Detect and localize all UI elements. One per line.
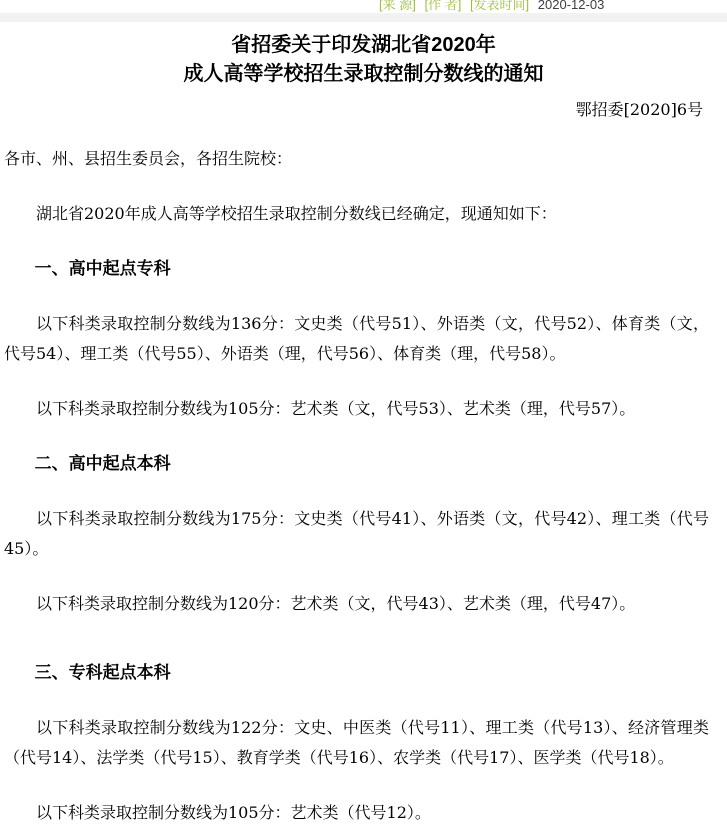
document-section: 二、高中起点本科 以下科类录取控制分数线为175分：文史类（代号41）、外语类（… xyxy=(0,449,727,619)
document-title-line2: 成人高等学校招生录取控制分数线的通知 xyxy=(0,60,727,89)
section-heading: 三、专科起点本科 xyxy=(0,658,727,688)
notice-page: { "meta": { "source_label": "[来 源]", "au… xyxy=(0,0,727,825)
body-paragraph: 以下科类录取控制分数线为122分：文史、中医类（代号11）、理工类（代号13）、… xyxy=(0,713,727,773)
intro-paragraph: 湖北省2020年成人高等学校招生录取控制分数线已经确定，现通知如下： xyxy=(0,199,727,229)
notice-document: 省招委关于印发湖北省2020年 成人高等学校招生录取控制分数线的通知 鄂招委[2… xyxy=(0,0,727,825)
body-paragraph: 以下科类录取控制分数线为120分：艺术类（文，代号43）、艺术类（理，代号47）… xyxy=(0,589,727,619)
section-heading: 二、高中起点本科 xyxy=(0,449,727,479)
document-title: 省招委关于印发湖北省2020年 成人高等学校招生录取控制分数线的通知 xyxy=(0,31,727,89)
body-paragraph: 以下科类录取控制分数线为175分：文史类（代号41）、外语类（文，代号42）、理… xyxy=(0,504,727,564)
body-paragraph: 以下科类录取控制分数线为105分：艺术类（代号12）。 xyxy=(0,798,727,825)
document-number: 鄂招委[2020]6号 xyxy=(0,95,727,125)
document-section: 一、高中起点专科 以下科类录取控制分数线为136分：文史类（代号51）、外语类（… xyxy=(0,254,727,424)
document-section: 三、专科起点本科 以下科类录取控制分数线为122分：文史、中医类（代号11）、理… xyxy=(0,658,727,825)
salutation: 各市、州、县招生委员会，各招生院校： xyxy=(0,144,727,174)
section-heading: 一、高中起点专科 xyxy=(0,254,727,284)
document-title-line1: 省招委关于印发湖北省2020年 xyxy=(0,31,727,60)
body-paragraph: 以下科类录取控制分数线为105分：艺术类（文，代号53）、艺术类（理，代号57）… xyxy=(0,394,727,424)
body-paragraph: 以下科类录取控制分数线为136分：文史类（代号51）、外语类（文，代号52）、体… xyxy=(0,309,727,369)
